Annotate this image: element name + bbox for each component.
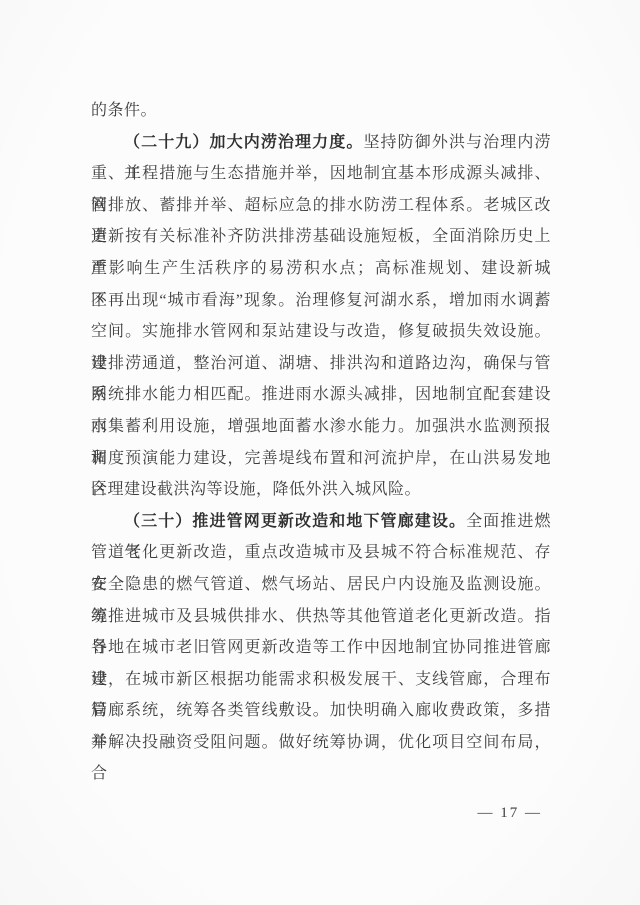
paragraph-heading: （二十九）加大内涝治理力度。 — [124, 134, 363, 151]
text-line: （二十九）加大内涝治理力度。坚持防御外洪与治理内涝并 — [91, 127, 551, 159]
text-line: 系统排水能力相匹配。推进雨水源头减排，因地制宜配套建设雨 — [91, 379, 551, 411]
text-line: 设，在城市新区根据功能需求积极发展干、支线管廊，合理布局 — [91, 664, 551, 696]
text-line: 的条件。 — [91, 95, 551, 127]
text-line: 重、工程措施与生态措施并举，因地制宜基本形成源头减排、管 — [91, 158, 551, 190]
line-text: 合理建设截洪沟等设施，降低外洪入城风险。 — [91, 481, 421, 498]
body-text: 的条件。 （二十九）加大内涝治理力度。坚持防御外洪与治理内涝并 重、工程措施与生… — [91, 95, 551, 758]
text-line: 水集蓄利用设施，增强地面蓄水渗水能力。加强洪水监测预报和 — [91, 411, 551, 443]
text-line: 空间。实施排水管网和泵站建设与改造，修复破损失效设施。建 — [91, 316, 551, 348]
text-line: 管道老化更新改造，重点改造城市及县城不符合标准规范、存在 — [91, 537, 551, 569]
text-line: 举解决投融资受阻问题。做好统筹协调，优化项目空间布局，合 — [91, 727, 551, 759]
text-line: 各地在城市老旧管网更新改造等工作中因地制宜协同推进管廊建 — [91, 632, 551, 664]
line-text: 的条件。 — [91, 102, 157, 119]
text-line: 管廊系统，统筹各类管线敷设。加快明确入廊收费政策，多措并 — [91, 695, 551, 727]
text-line: 调度预演能力建设，完善堤线布置和河流护岸，在山洪易发地区 — [91, 443, 551, 475]
text-line: 不再出现“城市看海”现象。治理修复河湖水系，增加雨水调蓄 — [91, 285, 551, 317]
line-text: 不再出现“城市看海”现象。治理修复河湖水系，增加雨水调蓄 — [91, 292, 551, 309]
text-line: 筹推进城市及县城供排水、供热等其他管道老化更新改造。指导 — [91, 601, 551, 633]
text-line: 合理建设截洪沟等设施，降低外洪入城风险。 — [91, 474, 551, 506]
text-line: 安全隐患的燃气管道、燃气场站、居民户内设施及监测设施。统 — [91, 569, 551, 601]
page-number: — 17 — — [478, 802, 543, 824]
text-line: 设排涝通道，整治河道、湖塘、排洪沟和道路边沟，确保与管网 — [91, 348, 551, 380]
text-line: （三十）推进管网更新改造和地下管廊建设。全面推进燃气 — [91, 506, 551, 538]
text-line: 更新按有关标准补齐防洪排涝基础设施短板，全面消除历史上严 — [91, 221, 551, 253]
text-line: 网排放、蓄排并举、超标应急的排水防涝工程体系。老城区改造 — [91, 190, 551, 222]
document-page: 的条件。 （二十九）加大内涝治理力度。坚持防御外洪与治理内涝并 重、工程措施与生… — [0, 0, 640, 905]
line-text: 举解决投融资受阻问题。做好统筹协调，优化项目空间布局，合 — [91, 734, 551, 783]
paragraph-heading: （三十）推进管网更新改造和地下管廊建设。 — [124, 513, 466, 530]
text-line: 重影响生产生活秩序的易涝积水点；高标准规划、建设新城区， — [91, 253, 551, 285]
